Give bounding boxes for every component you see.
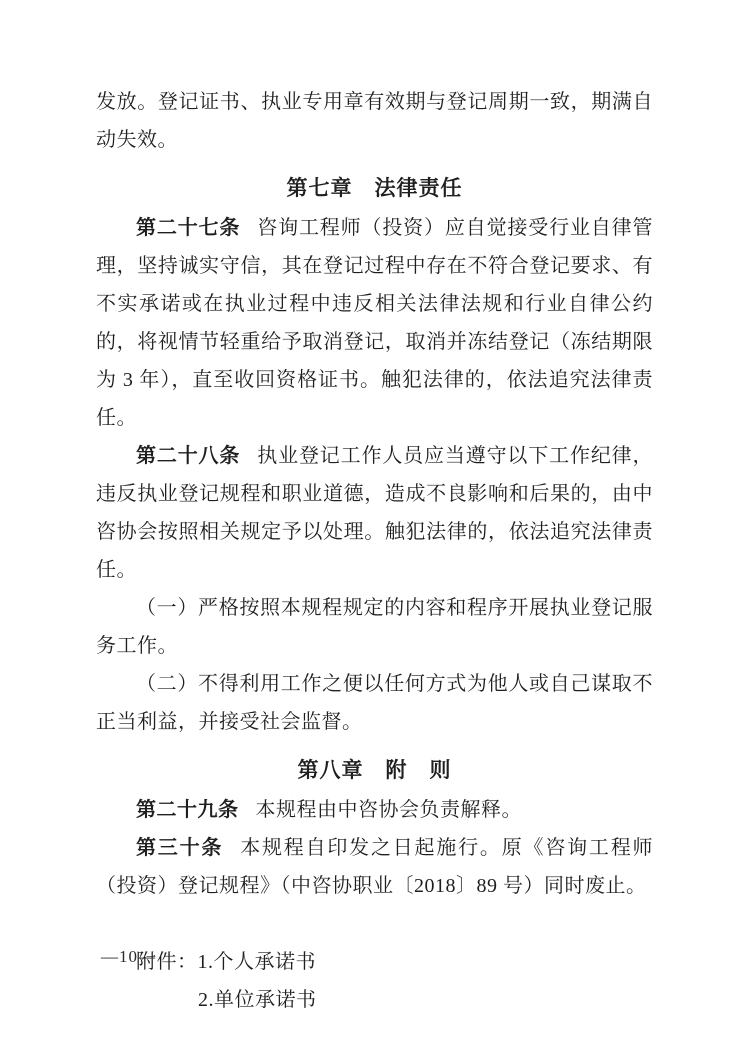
article-29-text: 本规程由中咨协会负责解释。	[256, 799, 523, 821]
chapter8-heading: 第八章 附 则	[96, 751, 653, 789]
attachments-block: 附件：1.个人承诺书 2.单位承诺书	[96, 943, 653, 1019]
attachment-item-2: 2.单位承诺书	[96, 981, 653, 1019]
continuation-paragraph: 发放。登记证书、执业专用章有效期与登记周期一致，期满自动失效。	[96, 83, 653, 159]
article-27: 第二十七条咨询工程师（投资）应自觉接受行业自律管理，坚持诚实守信，其在登记过程中…	[96, 209, 653, 437]
article-29: 第二十九条本规程由中咨协会负责解释。	[96, 791, 653, 829]
page-number: —10—	[101, 947, 156, 967]
article-27-text: 咨询工程师（投资）应自觉接受行业自律管理，坚持诚实守信，其在登记过程中存在不符合…	[96, 217, 653, 429]
attachment-item-1: 1.个人承诺书	[198, 951, 317, 973]
article-30: 第三十条本规程自印发之日起施行。原《咨询工程师（投资）登记规程》（中咨协职业〔2…	[96, 829, 653, 905]
article-28-item-2: （二）不得利用工作之便以任何方式为他人或自己谋取不正当利益，并接受社会监督。	[96, 665, 653, 741]
article-30-number: 第三十条	[136, 837, 223, 859]
article-27-number: 第二十七条	[136, 217, 240, 239]
article-28-number: 第二十八条	[136, 445, 240, 467]
article-28-item-1: （一）严格按照本规程规定的内容和程序开展执业登记服务工作。	[96, 589, 653, 665]
document-page: 发放。登记证书、执业专用章有效期与登记周期一致，期满自动失效。 第七章 法律责任…	[0, 0, 745, 1053]
article-28: 第二十八条执业登记工作人员应当遵守以下工作纪律，违反执业登记规程和职业道德，造成…	[96, 437, 653, 589]
chapter7-heading: 第七章 法律责任	[96, 169, 653, 207]
attachment-line-1: 附件：1.个人承诺书	[96, 943, 653, 981]
article-29-number: 第二十九条	[136, 799, 239, 821]
